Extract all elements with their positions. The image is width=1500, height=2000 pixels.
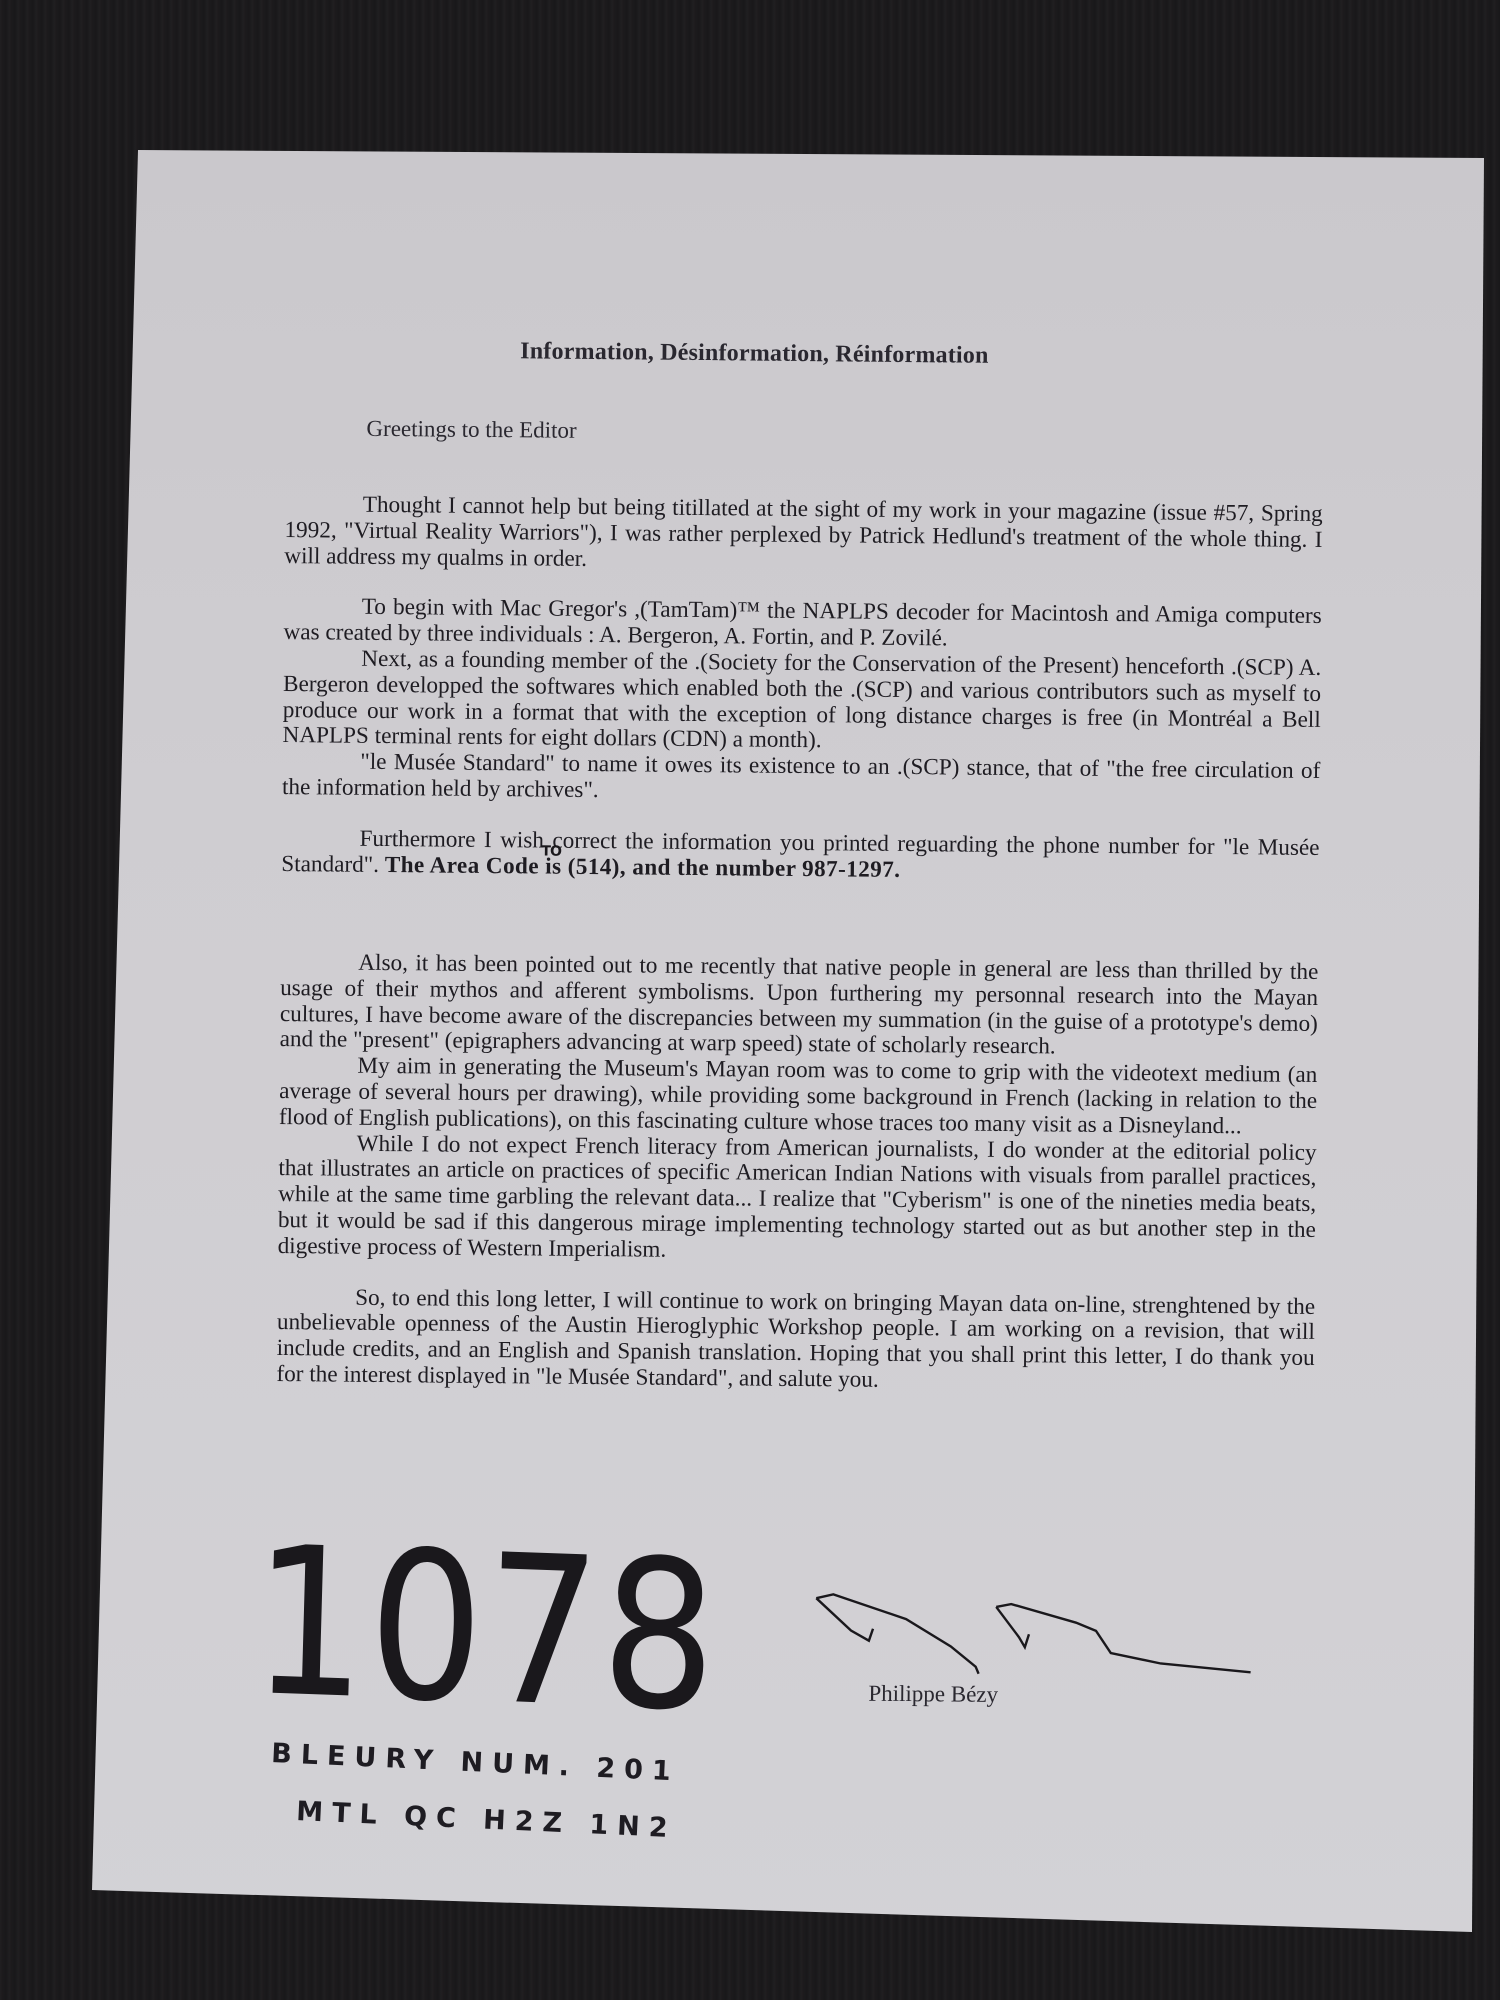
stamp-number: 1078 [249,1520,721,1742]
paragraph-correction: Furthermore I wish correct the informati… [281,826,1319,888]
paragraph-8: So, to end this long letter, I will cont… [276,1285,1315,1398]
letter-content: Information, Désinformation, Réinformati… [0,0,1500,2000]
signature [811,1590,1262,1684]
phone-number-text: The Area Code is (514), and the number 9… [385,852,901,883]
signer-name: Philippe Bézy [868,1681,998,1708]
paragraph-5: Also, it has been pointed out to me rece… [280,950,1319,1063]
paragraph-6: My aim in generating the Museum's Mayan … [279,1053,1318,1140]
letter-body-part-1: Thought I cannot help but being titillat… [281,492,1323,887]
paragraph-7: While I do not expect French literacy fr… [278,1131,1317,1270]
paragraph-3: Next, as a founding member of the .(Soci… [282,646,1321,759]
letter-body-part-2: Also, it has been pointed out to me rece… [276,950,1318,1398]
handwritten-insert: TO [541,844,561,860]
paragraph-4: "le Musée Standard" to name it owes its … [282,749,1320,811]
letter-title: Information, Désinformation, Réinformati… [520,338,989,369]
greeting: Greetings to the Editor [366,416,576,444]
paragraph-1: Thought I cannot help but being titillat… [284,492,1323,579]
